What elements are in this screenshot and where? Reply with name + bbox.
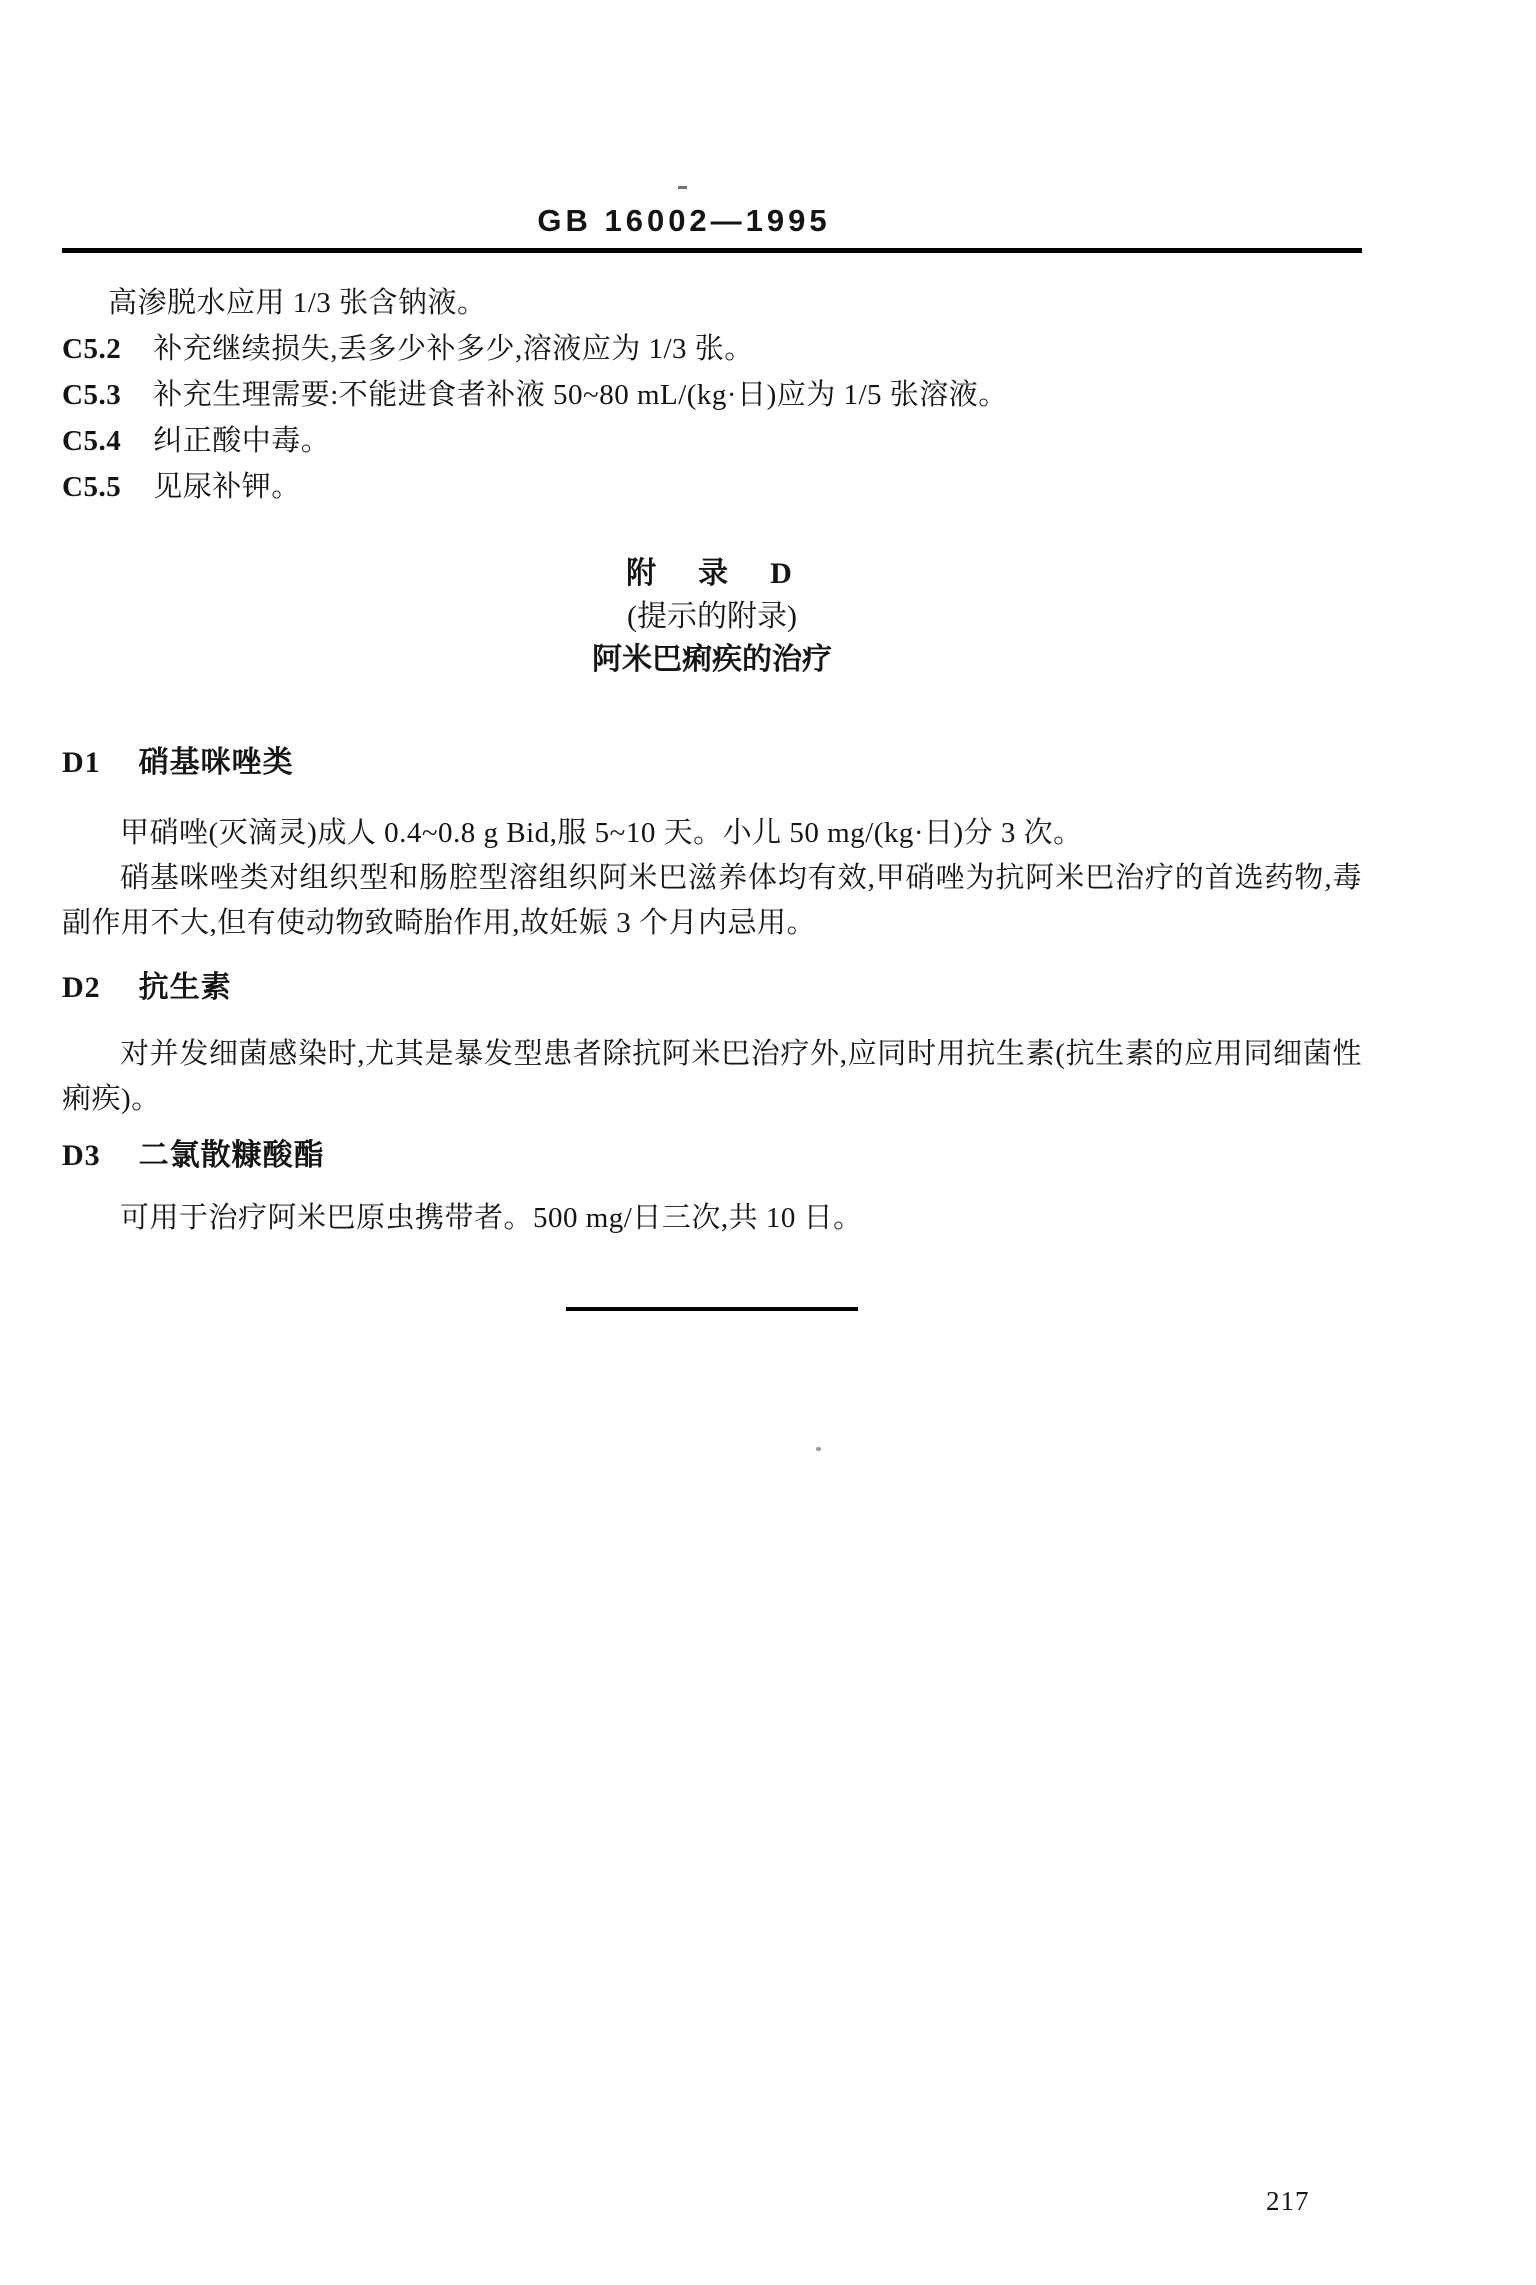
scan-artifact xyxy=(678,186,687,189)
clause-text: 补充继续损失,丢多少补多少,溶液应为 1/3 张。 xyxy=(153,333,754,365)
section-paragraph: 硝基咪唑类对组织型和肠腔型溶组织阿米巴滋养体均有效,甲硝唑为抗阿米巴治疗的首选药… xyxy=(62,856,1362,946)
clause-line: C5.5见尿补钾。 xyxy=(62,464,1362,510)
clause-list: 高渗脱水应用 1/3 张含钠液。 C5.2补充继续损失,丢多少补多少,溶液应为 … xyxy=(62,280,1362,510)
section-paragraph: 对并发细菌感染时,尤其是暴发型患者除抗阿米巴治疗外,应同时用抗生素(抗生素的应用… xyxy=(62,1032,1362,1122)
section-title: 硝基咪唑类 xyxy=(139,746,294,779)
section-number: D1 xyxy=(62,746,101,779)
clause-text: 高渗脱水应用 1/3 张含钠液。 xyxy=(108,287,487,319)
clause-number: C5.2 xyxy=(62,333,121,365)
appendix-title: 附 录 D xyxy=(62,552,1362,595)
appendix-subject: 阿米巴痢疾的治疗 xyxy=(62,638,1362,681)
clause-text: 见尿补钾。 xyxy=(153,471,301,503)
section-heading-d3: D3二氯散糠酸酯 xyxy=(62,1134,1362,1178)
document-page: GB 16002—1995 高渗脱水应用 1/3 张含钠液。 C5.2补充继续损… xyxy=(0,0,1536,2285)
appendix-subtitle: (提示的附录) xyxy=(62,595,1362,638)
page-header: GB 16002—1995 xyxy=(62,0,1362,253)
section-title: 抗生素 xyxy=(139,971,232,1004)
clause-text: 补充生理需要:不能进食者补液 50~80 mL/(kg·日)应为 1/5 张溶液… xyxy=(153,379,1008,411)
clause-line: C5.2补充继续损失,丢多少补多少,溶液应为 1/3 张。 xyxy=(62,326,1362,372)
clause-line: 高渗脱水应用 1/3 张含钠液。 xyxy=(62,280,1362,326)
section-paragraph: 可用于治疗阿米巴原虫携带者。500 mg/日三次,共 10 日。 xyxy=(62,1196,1362,1241)
section-paragraph: 甲硝唑(灭滴灵)成人 0.4~0.8 g Bid,服 5~10 天。小儿 50 … xyxy=(62,811,1362,856)
appendix-title-block: 附 录 D (提示的附录) 阿米巴痢疾的治疗 xyxy=(62,552,1362,681)
clause-line: C5.3补充生理需要:不能进食者补液 50~80 mL/(kg·日)应为 1/5… xyxy=(62,372,1362,418)
section-heading-d1: D1硝基咪唑类 xyxy=(62,741,1362,785)
clause-number: C5.4 xyxy=(62,425,121,457)
clause-number: C5.3 xyxy=(62,379,121,411)
section-heading-d2: D2抗生素 xyxy=(62,966,1362,1010)
section-number: D3 xyxy=(62,1139,101,1172)
clause-number: C5.5 xyxy=(62,471,121,503)
clause-text: 纠正酸中毒。 xyxy=(153,425,330,457)
section-title: 二氯散糠酸酯 xyxy=(139,1139,325,1172)
standard-code: GB 16002—1995 xyxy=(34,202,1334,240)
content-block: GB 16002—1995 高渗脱水应用 1/3 张含钠液。 C5.2补充继续损… xyxy=(0,0,1362,1311)
header-rule xyxy=(62,248,1362,253)
section-number: D2 xyxy=(62,971,101,1004)
page-number: 217 xyxy=(1266,2186,1310,2217)
clause-line: C5.4纠正酸中毒。 xyxy=(62,418,1362,464)
scan-artifact xyxy=(816,1447,821,1451)
end-of-text-divider xyxy=(566,1307,858,1311)
